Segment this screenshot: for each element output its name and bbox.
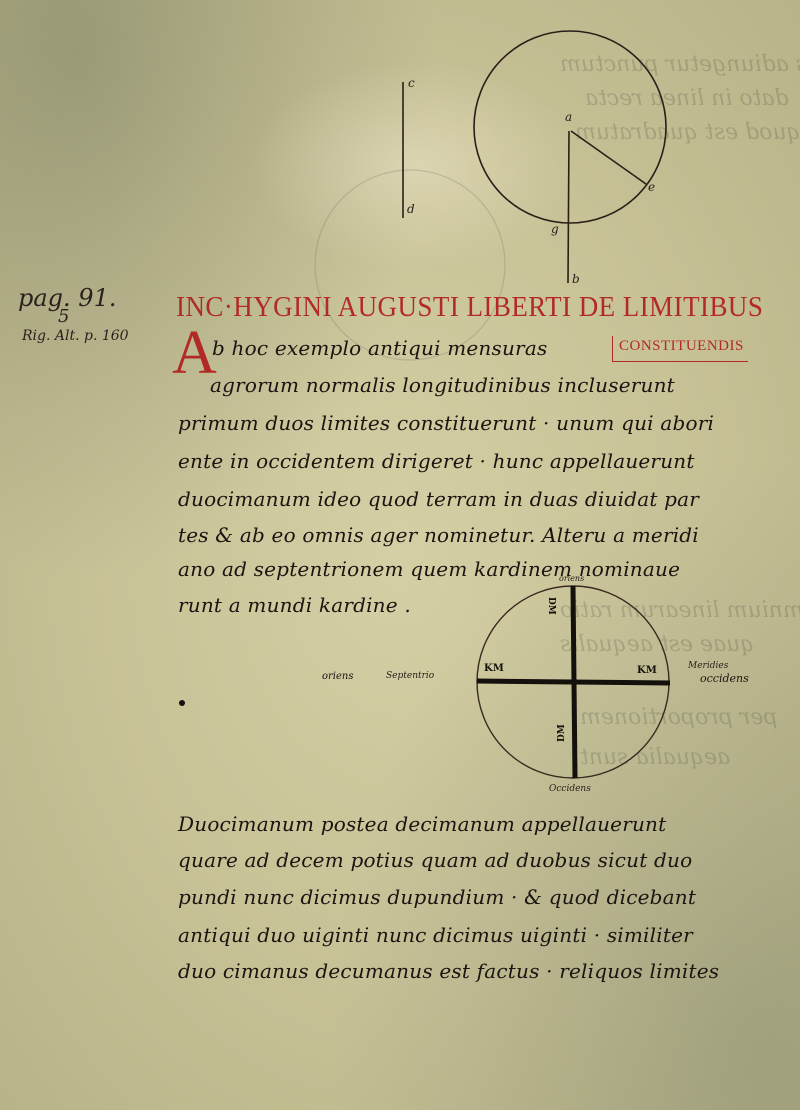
text-line: tes & ab eo omnis ager nominetur. Alteru…	[178, 523, 699, 547]
text-line: primum duos limites constituerunt · unum…	[178, 411, 714, 435]
diagram-label-b: b	[572, 272, 580, 286]
compass-label-right-upper: Meridies	[688, 661, 728, 671]
rubric-title: INC·HYGINI AUGUSTI LIBERTI DE LIMITIBUS	[176, 291, 763, 324]
text-line: Duocimanum postea decimanum appellauerun…	[178, 812, 666, 836]
diagram-label-a: a	[565, 110, 572, 124]
text-line: b hoc exemplo antiqui mensuras	[212, 336, 547, 360]
compass-label-top: oriens	[559, 574, 584, 583]
text-line: duocimanum ideo quod terram in duas diui…	[178, 487, 699, 511]
compass-label-bottom: Occidens	[549, 784, 591, 794]
rubric-continuation: CONSTITUENDIS	[612, 336, 748, 362]
text-line: ente in occidentem dirigeret · hunc appe…	[178, 449, 695, 473]
marginal-page-subnumber: 5	[58, 306, 69, 327]
compass-label-left-outer: oriens	[322, 671, 354, 682]
compass-label-left-inner: Septentrio	[386, 671, 434, 681]
compass-arm-left: KM	[484, 663, 504, 674]
manuscript-page: aequalis adiungetur punctum dato in line…	[0, 0, 800, 1110]
diagram-label-d: d	[407, 202, 415, 216]
text-line: runt a mundi kardine .	[178, 593, 411, 617]
compass-arm-right: KM	[637, 665, 657, 676]
text-line: antiqui duo uiginti nunc dicimus uiginti…	[178, 923, 693, 947]
compass-arm-top: DM	[546, 597, 556, 615]
text-line: ano ad septentrionem quem kardinem nomin…	[178, 557, 680, 581]
marginal-edition-reference: Rig. Alt. p. 160	[22, 328, 129, 344]
text-line: agrorum normalis longitudinibus incluser…	[210, 373, 675, 397]
compass-arm-bottom: DM	[557, 724, 567, 742]
diagram-label-c: c	[408, 76, 415, 90]
compass-label-right-lower: occidens	[700, 672, 749, 685]
text-line: quare ad decem potius quam ad duobus sic…	[178, 848, 692, 872]
diagram-label-g: g	[551, 222, 559, 236]
text-line: duo cimanus decumanus est factus · reliq…	[178, 959, 719, 983]
text-line: pundi nunc dicimus dupundium · & quod di…	[178, 885, 696, 909]
diagram-label-e: e	[648, 180, 655, 194]
